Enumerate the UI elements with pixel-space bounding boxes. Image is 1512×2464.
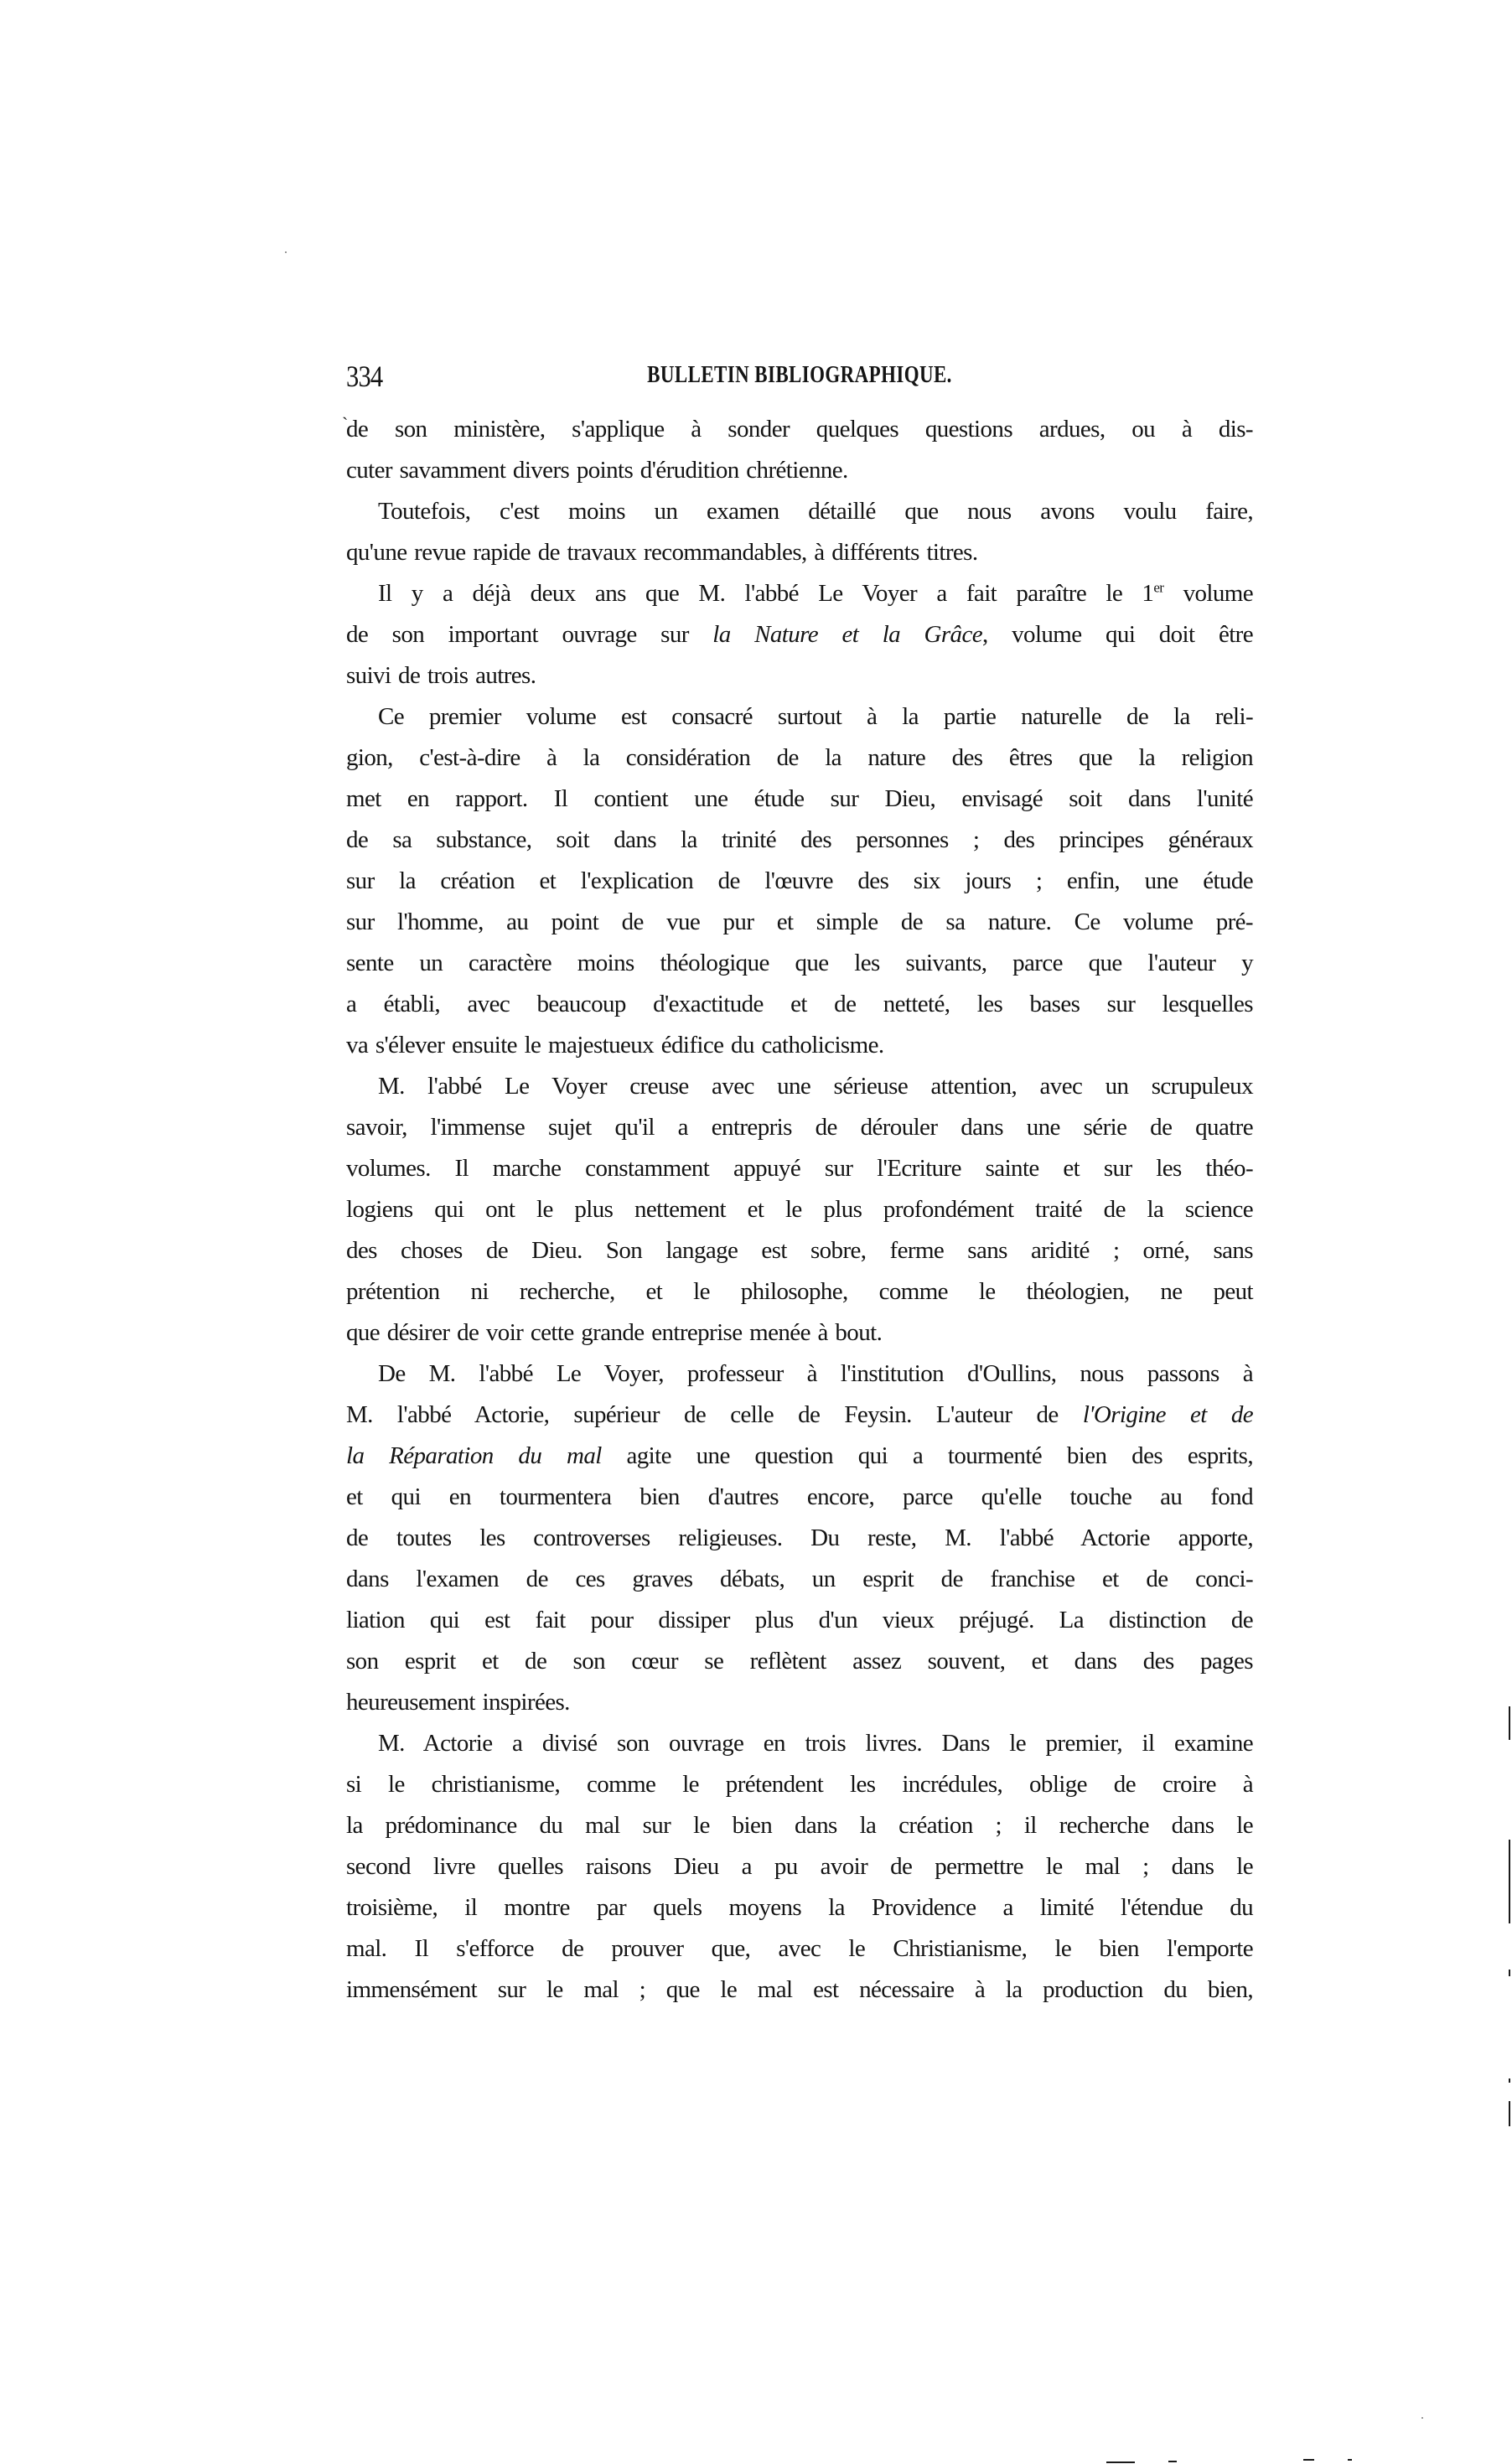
text-segment: volume	[1163, 580, 1253, 607]
text-line: savoir, l'immense sujet qu'il a entrepri…	[346, 1107, 1253, 1148]
text-line: logiens qui ont le plus nettement et le …	[346, 1189, 1253, 1230]
text-line: M. l'abbé Le Voyer creuse avec une série…	[346, 1066, 1253, 1107]
text-line: mal. Il s'efforce de prouver que, avec l…	[346, 1928, 1253, 1970]
scan-speck	[285, 251, 287, 253]
text-line: la Réparation du mal agite une question …	[346, 1436, 1253, 1477]
text-line: troisième, il montre par quels moyens la…	[346, 1887, 1253, 1928]
paragraph-continuation: de son ministère, s'applique à sonder qu…	[346, 409, 1253, 491]
text-line: va s'élever ensuite le majestueux édific…	[346, 1025, 1253, 1066]
text-line: la prédominance du mal sur le bien dans …	[346, 1805, 1253, 1846]
paragraph: Toutefois, c'est moins un examen détaill…	[346, 491, 1253, 573]
text-line: second livre quelles raisons Dieu a pu a…	[346, 1846, 1253, 1887]
text-segment: agite une question qui a tourmenté bien …	[602, 1442, 1253, 1469]
scan-edge-mark	[1509, 2101, 1510, 2126]
scan-bottom-mark	[1168, 2461, 1177, 2462]
text-segment: , volume qui doit être	[982, 621, 1253, 648]
text-line: M. l'abbé Actorie, supérieur de celle de…	[346, 1395, 1253, 1436]
text-line: de sa substance, soit dans la trinité de…	[346, 820, 1253, 861]
text-line: prétention ni recherche, et le philosoph…	[346, 1271, 1253, 1312]
text-segment: de son important ouvrage sur	[346, 621, 712, 648]
text-line: immensément sur le mal ; que le mal est …	[346, 1970, 1253, 2011]
running-title: BULLETIN BIBLIOGRAPHIQUE.	[427, 362, 1171, 389]
text-line: de son ministère, s'applique à sonder qu…	[346, 409, 1253, 450]
scan-bottom-mark	[1303, 2459, 1314, 2461]
text-line: Toutefois, c'est moins un examen détaill…	[346, 491, 1253, 532]
text-segment: M. l'abbé Actorie, supérieur de celle de…	[346, 1401, 1083, 1428]
text-segment: Il y a déjà deux ans que M. l'abbé Le Vo…	[378, 580, 1153, 607]
scan-edge-mark	[1509, 2078, 1510, 2083]
text-line: Ce premier volume est consacré surtout à…	[346, 696, 1253, 738]
scan-bottom-mark	[1106, 2461, 1135, 2463]
text-line: gion, c'est-à-dire à la considération de…	[346, 738, 1253, 779]
text-line: cuter savamment divers points d'éruditio…	[346, 450, 1253, 491]
text-line: de son important ouvrage sur la Nature e…	[346, 614, 1253, 655]
text-line: a établi, avec beaucoup d'exactitude et …	[346, 984, 1253, 1025]
text-line: son esprit et de son cœur se reflètent a…	[346, 1641, 1253, 1682]
text-line: si le christianisme, comme le prétendent…	[346, 1764, 1253, 1805]
text-line: sente un caractère moins théologique que…	[346, 943, 1253, 984]
italic-book-title: l'Origine et de	[1083, 1401, 1253, 1428]
text-line: dans l'examen de ces graves débats, un e…	[346, 1559, 1253, 1600]
scan-edge-mark	[1509, 1706, 1510, 1740]
text-line: liation qui est fait pour dissiper plus …	[346, 1600, 1253, 1641]
paragraph-le-voyer-intro: Il y a déjà deux ans que M. l'abbé Le Vo…	[346, 573, 1253, 696]
paragraph-le-voyer-method: M. l'abbé Le Voyer creuse avec une série…	[346, 1066, 1253, 1354]
text-line: met en rapport. Il contient une étude su…	[346, 779, 1253, 820]
running-head: 334 BULLETIN BIBLIOGRAPHIQUE.	[346, 359, 1253, 402]
text-line: et qui en tourmentera bien d'autres enco…	[346, 1477, 1253, 1518]
scan-speck	[1421, 2417, 1423, 2419]
text-line: des choses de Dieu. Son langage est sobr…	[346, 1230, 1253, 1271]
text-line: qu'une revue rapide de travaux recommand…	[346, 532, 1253, 573]
text-line: heureusement inspirées.	[346, 1682, 1253, 1723]
text-line: De M. l'abbé Le Voyer, professeur à l'in…	[346, 1354, 1253, 1395]
text-line: sur l'homme, au point de vue pur et simp…	[346, 902, 1253, 943]
text-line: que désirer de voir cette grande entrepr…	[346, 1312, 1253, 1354]
paragraph-actorie-structure: M. Actorie a divisé son ouvrage en trois…	[346, 1723, 1253, 2011]
text-line: M. Actorie a divisé son ouvrage en trois…	[346, 1723, 1253, 1764]
book-page: 334 BULLETIN BIBLIOGRAPHIQUE. de son min…	[346, 359, 1253, 2011]
scan-edge-mark	[1509, 1970, 1510, 1976]
text-line: suivi de trois autres.	[346, 655, 1253, 696]
paragraph-first-volume: Ce premier volume est consacré surtout à…	[346, 696, 1253, 1066]
page-number: 334	[346, 359, 382, 394]
italic-book-title: la Réparation du mal	[346, 1442, 602, 1469]
scan-edge-mark	[1509, 1840, 1510, 1923]
paragraph-actorie-intro: De M. l'abbé Le Voyer, professeur à l'in…	[346, 1354, 1253, 1723]
text-line: sur la création et l'explication de l'œu…	[346, 861, 1253, 902]
italic-book-title: la Nature et la Grâce	[712, 621, 982, 648]
text-line: volumes. Il marche constamment appuyé su…	[346, 1148, 1253, 1189]
superscript-ordinal: er	[1153, 579, 1163, 595]
scan-bottom-mark	[1348, 2459, 1352, 2461]
text-line: de toutes les controverses religieuses. …	[346, 1518, 1253, 1559]
text-line: Il y a déjà deux ans que M. l'abbé Le Vo…	[346, 573, 1253, 614]
